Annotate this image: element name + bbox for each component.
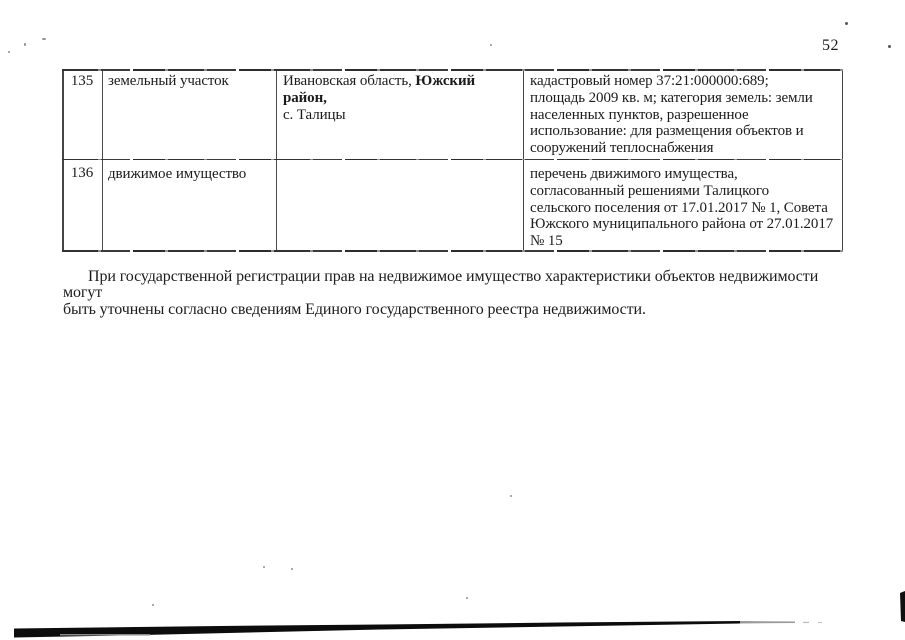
scan-artifact-bar <box>0 588 905 640</box>
scan-speck <box>24 43 26 46</box>
scanned-document-page: 52 135 земельный участок Ивановская обла… <box>0 0 905 640</box>
row-135-type: земельный участок <box>108 73 272 90</box>
table-border-row-divider <box>62 159 843 161</box>
table-border-col2 <box>276 70 277 251</box>
table-border-left <box>62 70 64 251</box>
scan-speck <box>845 22 848 25</box>
row-135-location: Ивановская область, Южский район,с. Тали… <box>283 73 521 123</box>
table-border-col3 <box>523 70 524 251</box>
scan-speck <box>263 566 265 568</box>
table-border-top <box>62 69 843 71</box>
row-136-details: перечень движимого имущества, согласован… <box>530 166 840 250</box>
scan-speck <box>490 44 492 46</box>
scan-speck <box>8 51 10 53</box>
row-136-number: 136 <box>62 165 102 182</box>
scan-speck <box>510 495 512 497</box>
location-settlement-text: с. Талицы <box>283 107 521 124</box>
scan-speck <box>466 597 468 599</box>
scan-speck <box>152 604 154 606</box>
page-number: 52 <box>822 37 839 55</box>
row-135-number: 135 <box>62 73 102 90</box>
scan-speck <box>42 38 46 40</box>
row-136-type: движимое имущество <box>108 166 272 183</box>
scan-speck <box>888 45 891 48</box>
table-border-right <box>842 70 844 251</box>
property-table: 135 земельный участок Ивановская область… <box>62 69 843 252</box>
table-border-col1 <box>102 70 103 251</box>
footnote-paragraph: При государственной регистрации прав на … <box>63 269 860 318</box>
location-region-text: Ивановская область, <box>283 73 415 89</box>
scan-artifact-right-streak <box>900 591 905 622</box>
row-135-details: кадастровый номер 37:21:000000:689; площ… <box>530 73 840 157</box>
scan-speck <box>291 568 293 570</box>
table-border-bottom <box>62 250 843 252</box>
